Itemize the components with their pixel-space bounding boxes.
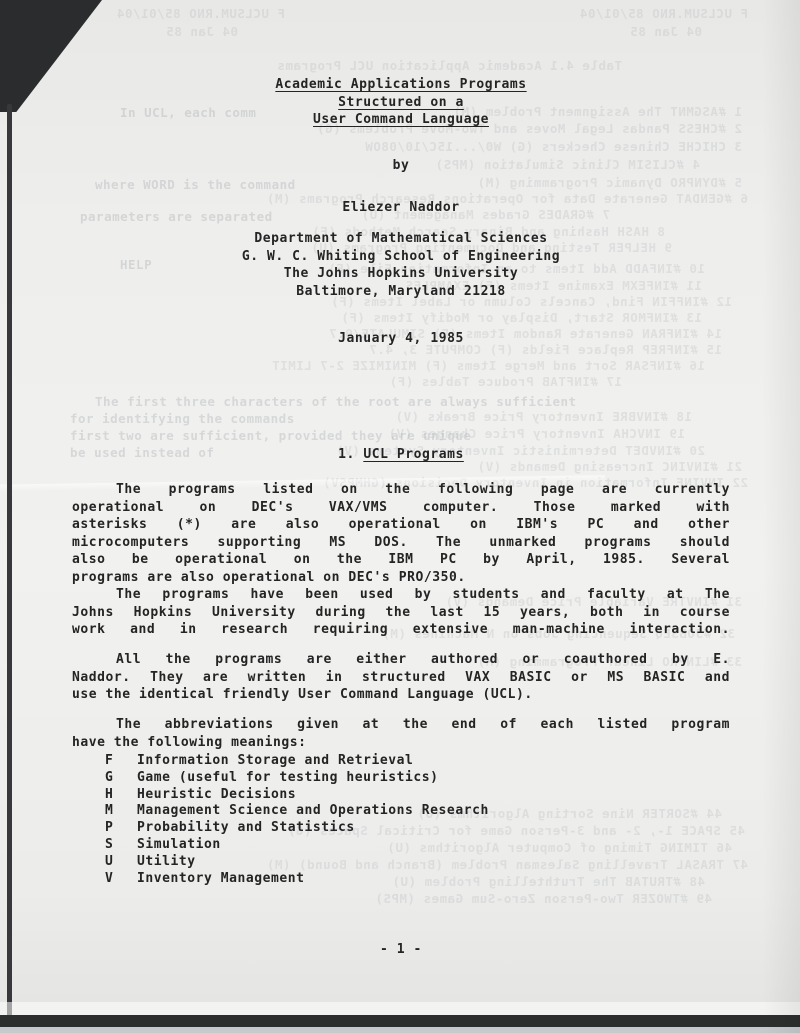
bleedthrough-text: 5 #DYNPRO Dynamic Programming (M) bbox=[477, 175, 742, 190]
affiliation-line: The Johns Hopkins University bbox=[72, 265, 730, 283]
bleedthrough-text: 19 INVCHA Inventory Price Changes (V) bbox=[388, 426, 685, 441]
section-title: UCL Programs bbox=[363, 447, 464, 462]
bleedthrough-text: 04 Jan 85 bbox=[630, 24, 702, 39]
abbreviation-code: U bbox=[105, 854, 137, 871]
affiliation-line: Baltimore, Maryland 21218 bbox=[72, 283, 730, 301]
paragraph-line: Johns Hopkins University during the last… bbox=[72, 604, 730, 622]
paragraph-line: Naddor. They are written in structured V… bbox=[72, 669, 730, 687]
affiliation-line: Department of Mathematical Sciences bbox=[72, 230, 730, 248]
abbreviation-row: U Utility bbox=[72, 854, 730, 871]
abbreviation-row: G Game (useful for testing heuristics) bbox=[72, 770, 730, 787]
author-name: Eliezer Naddor bbox=[72, 199, 730, 217]
bleedthrough-text: 18 #INVBRE Inventory Price Breaks (V) bbox=[395, 409, 692, 424]
paragraph-line: The abbreviations given at the end of ea… bbox=[72, 716, 730, 734]
abbreviation-meaning: Game (useful for testing heuristics) bbox=[137, 770, 439, 787]
bottom-scan-edge bbox=[0, 1015, 800, 1027]
page-number: - 1 - bbox=[72, 941, 730, 959]
abbreviation-row: S Simulation bbox=[72, 837, 730, 854]
byline: by bbox=[72, 157, 730, 175]
paragraph-4: The abbreviations given at the end of ea… bbox=[72, 716, 730, 751]
abbreviation-code: S bbox=[105, 837, 137, 854]
abbreviation-meaning: Utility bbox=[137, 854, 196, 871]
bleedthrough-text: first two are sufficient, provided they … bbox=[70, 428, 471, 443]
section-heading: 1. UCL Programs bbox=[72, 446, 730, 464]
abbreviation-row: V Inventory Management bbox=[72, 871, 730, 888]
bleedthrough-text: F UCLSUM.RNO 85/01/04 bbox=[116, 6, 285, 21]
paragraph-line: All the programs are either authored or … bbox=[72, 651, 730, 669]
bleedthrough-text: 3 CHICHE Chinese Checkers (G) W0/...15C/… bbox=[365, 139, 742, 154]
abbreviation-row: F Information Storage and Retrieval bbox=[72, 753, 730, 770]
abbreviation-code: M bbox=[105, 803, 137, 820]
abbreviation-code: V bbox=[105, 871, 137, 888]
paragraph-2: The programs have been used by students … bbox=[72, 586, 730, 639]
bleedthrough-text: 04 Jan 85 bbox=[166, 24, 238, 39]
bottom-page-edge-highlight bbox=[0, 1002, 800, 1015]
bleedthrough-text: 13 #INFMOR Start, Display or Modify Item… bbox=[341, 310, 702, 325]
abbreviation-meaning: Simulation bbox=[137, 837, 221, 854]
abbreviation-meaning: Probability and Statistics bbox=[137, 820, 355, 837]
title-line: User Command Language bbox=[313, 112, 489, 127]
abbreviation-code: H bbox=[105, 787, 137, 804]
document-title: Academic Applications Programs Structure… bbox=[72, 76, 730, 129]
abbreviation-row: H Heuristic Decisions bbox=[72, 787, 730, 804]
bleedthrough-text: where WORD is the command bbox=[95, 177, 296, 192]
paragraph-line: have the following meanings: bbox=[72, 734, 730, 752]
paragraph-line: asterisks (*) are also operational on IB… bbox=[72, 516, 730, 534]
abbreviation-list: F Information Storage and Retrieval G Ga… bbox=[72, 753, 730, 887]
abbreviation-meaning: Heuristic Decisions bbox=[137, 787, 296, 804]
paragraph-line: microcomputers supporting MS DOS. The un… bbox=[72, 534, 730, 552]
title-line: Structured on a bbox=[338, 95, 464, 110]
affiliation-block: Department of Mathematical Sciences G. W… bbox=[72, 230, 730, 300]
affiliation-line: G. W. C. Whiting School of Engineering bbox=[72, 248, 730, 266]
bleedthrough-text: 49 #TWOZER Two-Person Zero-Sum Games (MP… bbox=[375, 891, 712, 906]
paragraph-line: work and in research requiring extensive… bbox=[72, 621, 730, 639]
paragraph-3: All the programs are either authored or … bbox=[72, 651, 730, 704]
abbreviation-row: P Probability and Statistics bbox=[72, 820, 730, 837]
abbreviation-row: M Management Science and Operations Rese… bbox=[72, 803, 730, 820]
abbreviation-meaning: Inventory Management bbox=[137, 871, 305, 888]
scanner-background-strip bbox=[0, 1027, 800, 1033]
scanned-document-page: F UCLSUM.RNO 85/01/0404 Jan 85F UCLSUM.R… bbox=[0, 0, 800, 1033]
title-line: Academic Applications Programs bbox=[275, 77, 526, 92]
bleedthrough-text: 17 #INFTAB Produce Tables (F) bbox=[389, 374, 622, 389]
paragraph-line: use the identical friendly User Command … bbox=[72, 686, 730, 704]
abbreviation-meaning: Management Science and Operations Resear… bbox=[137, 803, 489, 820]
bleedthrough-text: The first three characters of the root a… bbox=[95, 394, 577, 409]
abbreviation-code: P bbox=[105, 820, 137, 837]
paragraph-line: also be operational on the IBM PC by Apr… bbox=[72, 551, 730, 569]
paragraph-line: operational on DEC's VAX/VMS computer. T… bbox=[72, 499, 730, 517]
document-date: January 4, 1985 bbox=[72, 330, 730, 348]
paragraph-line: programs are also operational on DEC's P… bbox=[72, 569, 730, 587]
paragraph-1: The programs listed on the following pag… bbox=[72, 481, 730, 586]
left-scan-edge bbox=[7, 104, 12, 1020]
bleedthrough-text: F UCLSUM.RNO 85/01/04 bbox=[579, 6, 748, 21]
abbreviation-code: F bbox=[105, 753, 137, 770]
abbreviation-code: G bbox=[105, 770, 137, 787]
bleedthrough-text: 16 #INFSAR Sort and Merge Items (F) MINI… bbox=[272, 358, 705, 373]
section-number: 1. bbox=[338, 447, 355, 462]
bleedthrough-text: for identifying the commands bbox=[70, 411, 295, 426]
paragraph-line: The programs have been used by students … bbox=[72, 586, 730, 604]
abbreviation-meaning: Information Storage and Retrieval bbox=[137, 753, 413, 770]
paragraph-line: The programs listed on the following pag… bbox=[72, 481, 730, 499]
bleedthrough-text: Table 4.1 Academic Application UCL Progr… bbox=[277, 58, 622, 73]
